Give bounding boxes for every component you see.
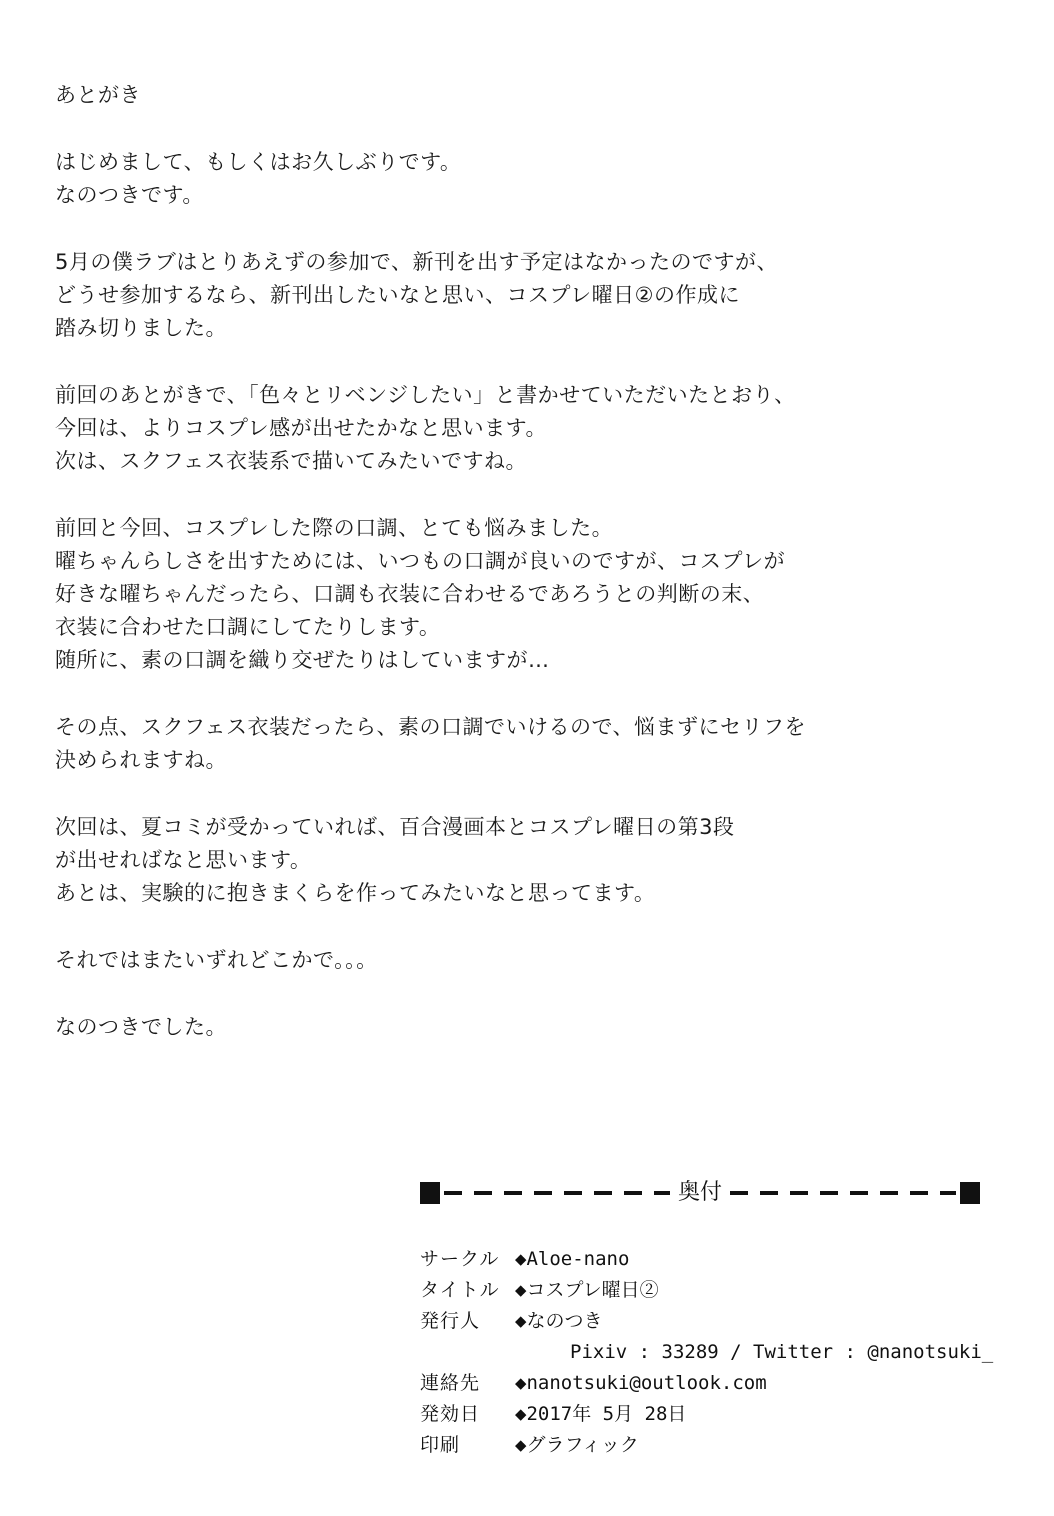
- afterword-paragraph: はじめまして、もしくはお久しぶりです。 なのつきです。: [55, 146, 1005, 212]
- colophon-value: ◆なのつき: [515, 1306, 980, 1337]
- afterword-paragraph: 前回のあとがきで、「色々とリベンジしたい」と書かせていただいたとおり、 今回は、…: [55, 379, 1005, 478]
- colophon-value: ◆Aloe-nano: [515, 1244, 980, 1275]
- afterword-paragraph: 前回と今回、コスプレした際の口調、とても悩みました。 曜ちゃんらしさを出すために…: [55, 512, 1005, 677]
- afterword-paragraph: それではまたいずれどこかで。。。: [55, 944, 1005, 977]
- colophon-label: 連絡先: [420, 1368, 515, 1399]
- colophon-section: 奥付 サークル ◆Aloe-nano タイトル ◆コスプレ曜日② 発行人 ◆なの…: [420, 1180, 980, 1461]
- colophon-header: 奥付: [420, 1180, 980, 1206]
- colophon-row-circle: サークル ◆Aloe-nano: [420, 1244, 980, 1275]
- afterword-text-block: あとがき はじめまして、もしくはお久しぶりです。 なのつきです。 5月の僕ラブは…: [55, 79, 1005, 1078]
- dashed-line: [444, 1191, 670, 1195]
- colophon-value: ◆グラフィック: [515, 1430, 980, 1461]
- afterword-paragraph: 5月の僕ラブはとりあえずの参加で、新刊を出す予定はなかったのですが、 どうせ参加…: [55, 246, 1005, 345]
- colophon-row-publisher: 発行人 ◆なのつき: [420, 1306, 980, 1337]
- black-square-icon: [960, 1182, 980, 1204]
- colophon-row-issue-date: 発効日 ◆2017年 5月 28日: [420, 1399, 980, 1430]
- colophon-label: サークル: [420, 1244, 515, 1275]
- colophon-label: 発効日: [420, 1399, 515, 1430]
- colophon-row-title: タイトル ◆コスプレ曜日②: [420, 1275, 980, 1306]
- colophon-social-line: Pixiv : 33289 / Twitter : @nanotsuki_: [420, 1337, 980, 1368]
- black-square-icon: [420, 1182, 440, 1204]
- colophon-rows: サークル ◆Aloe-nano タイトル ◆コスプレ曜日② 発行人 ◆なのつき …: [420, 1244, 980, 1461]
- colophon-value: ◆コスプレ曜日②: [515, 1275, 980, 1306]
- afterword-page: あとがき はじめまして、もしくはお久しぶりです。 なのつきです。 5月の僕ラブは…: [0, 0, 1054, 1516]
- colophon-title: 奥付: [674, 1180, 726, 1206]
- colophon-value: ◆2017年 5月 28日: [515, 1399, 980, 1430]
- afterword-heading: あとがき: [55, 79, 1005, 112]
- afterword-paragraph: なのつきでした。: [55, 1011, 1005, 1044]
- colophon-label: 印刷: [420, 1430, 515, 1461]
- afterword-paragraph: 次回は、夏コミが受かっていれば、百合漫画本とコスプレ曜日の第3段 が出せればなと…: [55, 811, 1005, 910]
- colophon-row-contact: 連絡先 ◆nanotsuki@outlook.com: [420, 1368, 980, 1399]
- colophon-label: 発行人: [420, 1306, 515, 1337]
- afterword-paragraph: その点、スクフェス衣装だったら、素の口調でいけるので、悩まずにセリフを 決められ…: [55, 711, 1005, 777]
- colophon-row-printer: 印刷 ◆グラフィック: [420, 1430, 980, 1461]
- colophon-value: ◆nanotsuki@outlook.com: [515, 1368, 980, 1399]
- dashed-line: [730, 1191, 956, 1195]
- colophon-label: タイトル: [420, 1275, 515, 1306]
